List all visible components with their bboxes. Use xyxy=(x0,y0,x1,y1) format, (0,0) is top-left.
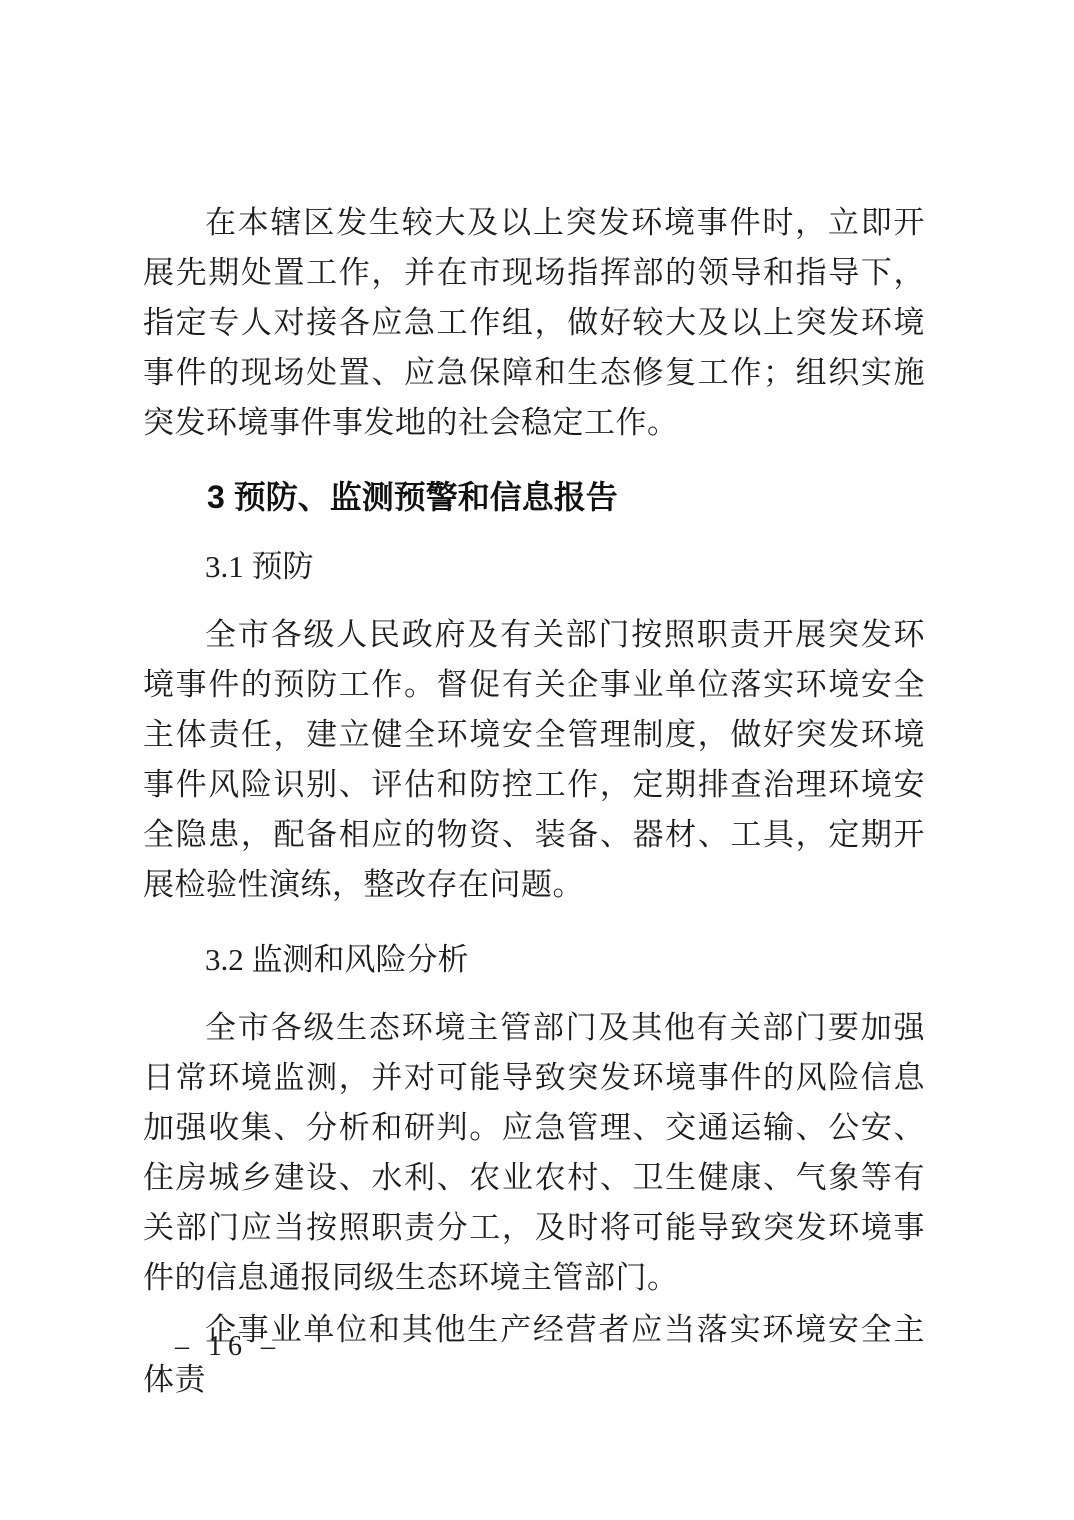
document-page: 在本辖区发生较大及以上突发环境事件时，立即开展先期处置工作，并在市现场指挥部的领… xyxy=(0,0,1074,1520)
section-3-2-heading: 3.2 监测和风险分析 xyxy=(143,935,925,985)
document-content: 在本辖区发生较大及以上突发环境事件时，立即开展先期处置工作，并在市现场指挥部的领… xyxy=(143,0,925,1405)
section-3-heading: 3 预防、监测预警和信息报告 xyxy=(143,472,925,522)
paragraph-prior-disposal: 在本辖区发生较大及以上突发环境事件时，立即开展先期处置工作，并在市现场指挥部的领… xyxy=(143,198,925,448)
paragraph-3-1-prevention: 全市各级人民政府及有关部门按照职责开展突发环境事件的预防工作。督促有关企事业单位… xyxy=(143,610,925,910)
page-number: – 16 – xyxy=(175,1330,281,1364)
section-3-1-heading: 3.1 预防 xyxy=(143,542,925,592)
paragraph-3-2-monitoring: 全市各级生态环境主管部门及其他有关部门要加强日常环境监测，并对可能导致突发环境事… xyxy=(143,1003,925,1303)
